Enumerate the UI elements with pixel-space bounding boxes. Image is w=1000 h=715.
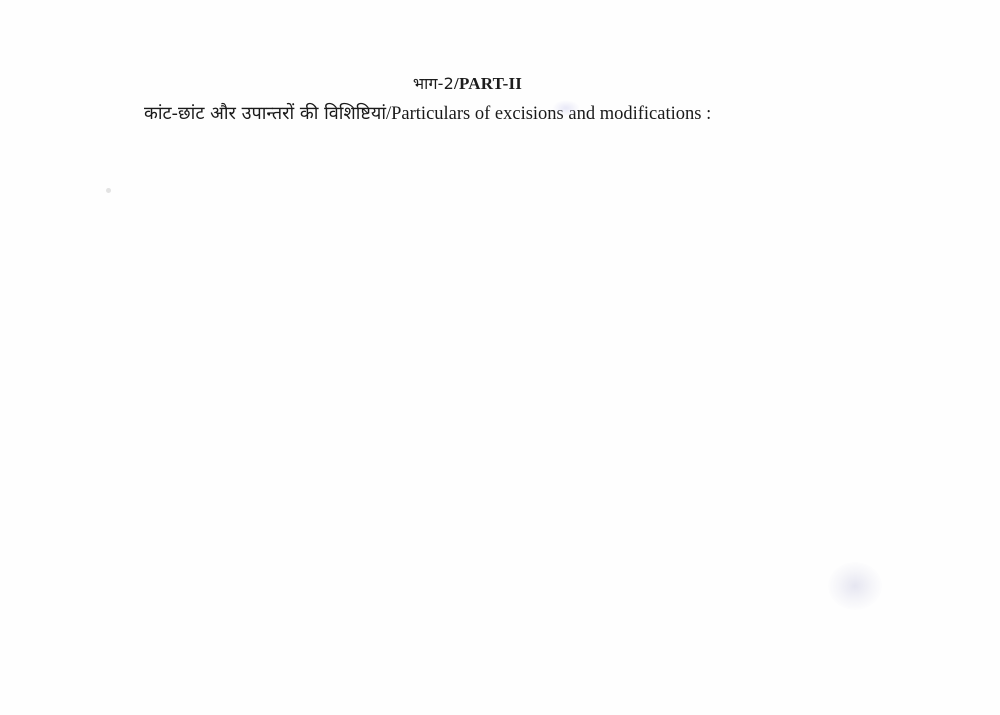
scanned-document-page: भाग-2/PART-II कांट-छांट और उपान्तरों की … [0,0,1000,715]
scan-artifact [106,188,111,193]
part-heading: भाग-2/PART-II [0,72,935,94]
scan-artifact [552,100,580,116]
part-heading-hindi: भाग-2 [413,74,454,93]
part-heading-english: PART-II [459,74,522,93]
particulars-heading: कांट-छांट और उपान्तरों की विशिष्टियां/Pa… [144,101,711,125]
scan-smudge [828,562,882,610]
particulars-heading-hindi: कांट-छांट और उपान्तरों की विशिष्टियां [144,103,386,124]
